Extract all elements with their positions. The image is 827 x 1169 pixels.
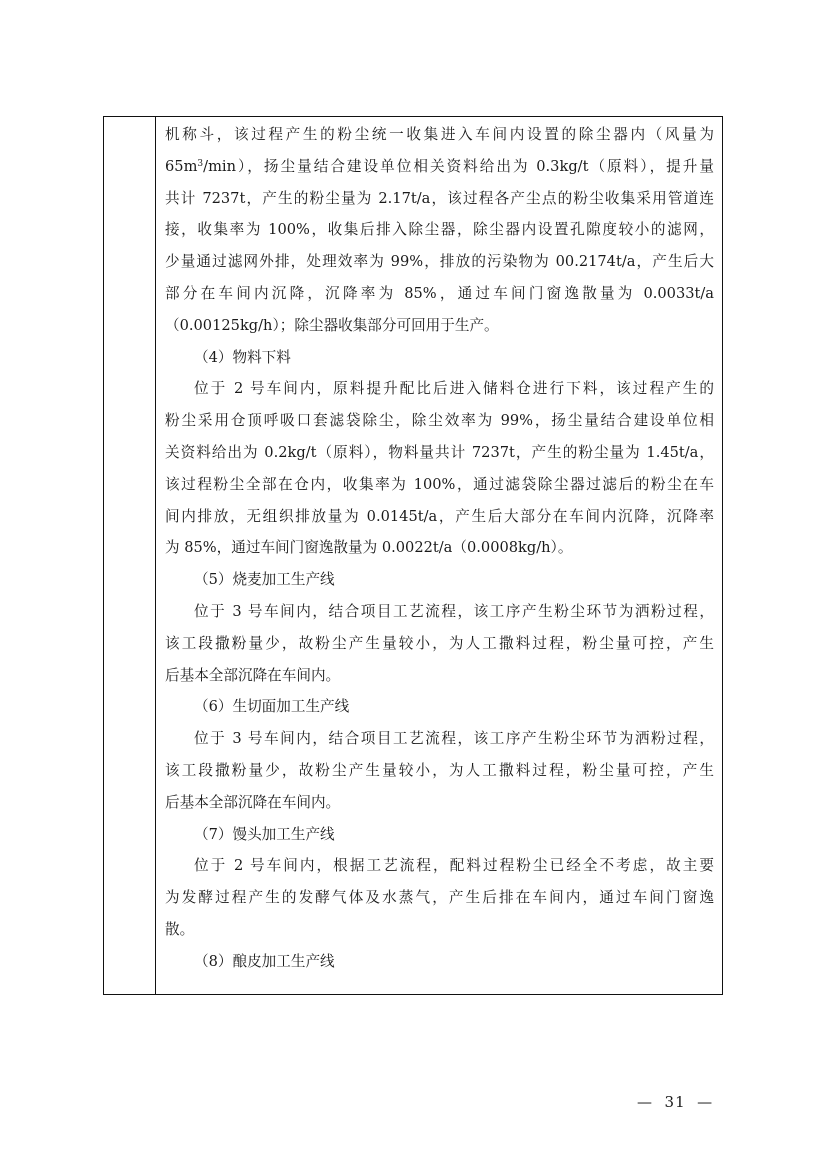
- text-line: 接，收集率为 100%，收集后排入除尘器，除尘器内设置孔隙度较小的滤网，: [165, 214, 714, 246]
- text-line: 位于 3 号车间内，结合项目工艺流程，该工序产生粉尘环节为洒粉过程，: [165, 596, 714, 628]
- text-line: 位于 3 号车间内，结合项目工艺流程，该工序产生粉尘环节为洒粉过程，: [165, 723, 714, 755]
- text-line: 该工段撒粉量少，故粉尘产生量较小，为人工撒料过程，粉尘量可控，产生: [165, 628, 714, 660]
- text-fragment: 65m: [165, 158, 197, 175]
- text-line: 为 85%，通过车间门窗逸散量为 0.0022t/a（0.0008kg/h）。: [165, 532, 714, 564]
- text-line: 后基本全部沉降在车间内。: [165, 660, 714, 692]
- section-heading: （5）烧麦加工生产线: [165, 564, 714, 596]
- text-line-with-superscript: 65m3/min），扬尘量结合建设单位相关资料给出为 0.3kg/t（原料），提…: [165, 151, 714, 183]
- text-line: 部分在车间内沉降，沉降率为 85%，通过车间门窗逸散量为 0.0033t/a: [165, 278, 714, 310]
- text-fragment: /min），扬尘量结合建设单位相关资料给出为 0.3kg/t（原料），提升量: [203, 158, 714, 175]
- text-line: 散。: [165, 914, 714, 946]
- text-line: 粉尘采用仓顶呼吸口套滤袋除尘，除尘效率为 99%，扬尘量结合建设单位相: [165, 405, 714, 437]
- section-heading: （8）酿皮加工生产线: [165, 946, 714, 978]
- text-line: 共计 7237t，产生的粉尘量为 2.17t/a，该过程各产尘点的粉尘收集采用管…: [165, 183, 714, 215]
- table-label-column: [104, 117, 156, 994]
- content-table: 机称斗，该过程产生的粉尘统一收集进入车间内设置的除尘器内（风量为 65m3/mi…: [103, 116, 723, 995]
- text-line: 位于 2 号车间内，根据工艺流程，配料过程粉尘已经全不考虑，故主要: [165, 850, 714, 882]
- text-line: 间内排放，无组织排放量为 0.0145t/a，产生后大部分在车间内沉降，沉降率: [165, 501, 714, 533]
- text-line: 该过程粉尘全部在仓内，收集率为 100%，通过滤袋除尘器过滤后的粉尘在车: [165, 469, 714, 501]
- text-line: 该工段撒粉量少，故粉尘产生量较小，为人工撒料过程，粉尘量可控，产生: [165, 755, 714, 787]
- text-line: 后基本全部沉降在车间内。: [165, 787, 714, 819]
- text-line: 机称斗，该过程产生的粉尘统一收集进入车间内设置的除尘器内（风量为: [165, 119, 714, 151]
- section-heading: （7）馒头加工生产线: [165, 819, 714, 851]
- text-line: 为发酵过程产生的发酵气体及水蒸气，产生后排在车间内，通过车间门窗逸: [165, 882, 714, 914]
- section-heading: （6）生切面加工生产线: [165, 691, 714, 723]
- text-line: 关资料给出为 0.2kg/t（原料），物料量共计 7237t，产生的粉尘量为 1…: [165, 437, 714, 469]
- text-line: （0.00125kg/h）；除尘器收集部分可回用于生产。: [165, 310, 714, 342]
- page-number: — 31 —: [637, 1093, 713, 1111]
- section-heading: （4）物料下料: [165, 342, 714, 374]
- text-line: 位于 2 号车间内，原料提升配比后进入储料仓进行下料，该过程产生的: [165, 373, 714, 405]
- text-line: 少量通过滤网外排，处理效率为 99%，排放的污染物为 00.2174t/a，产生…: [165, 246, 714, 278]
- table-content-column: 机称斗，该过程产生的粉尘统一收集进入车间内设置的除尘器内（风量为 65m3/mi…: [157, 117, 722, 994]
